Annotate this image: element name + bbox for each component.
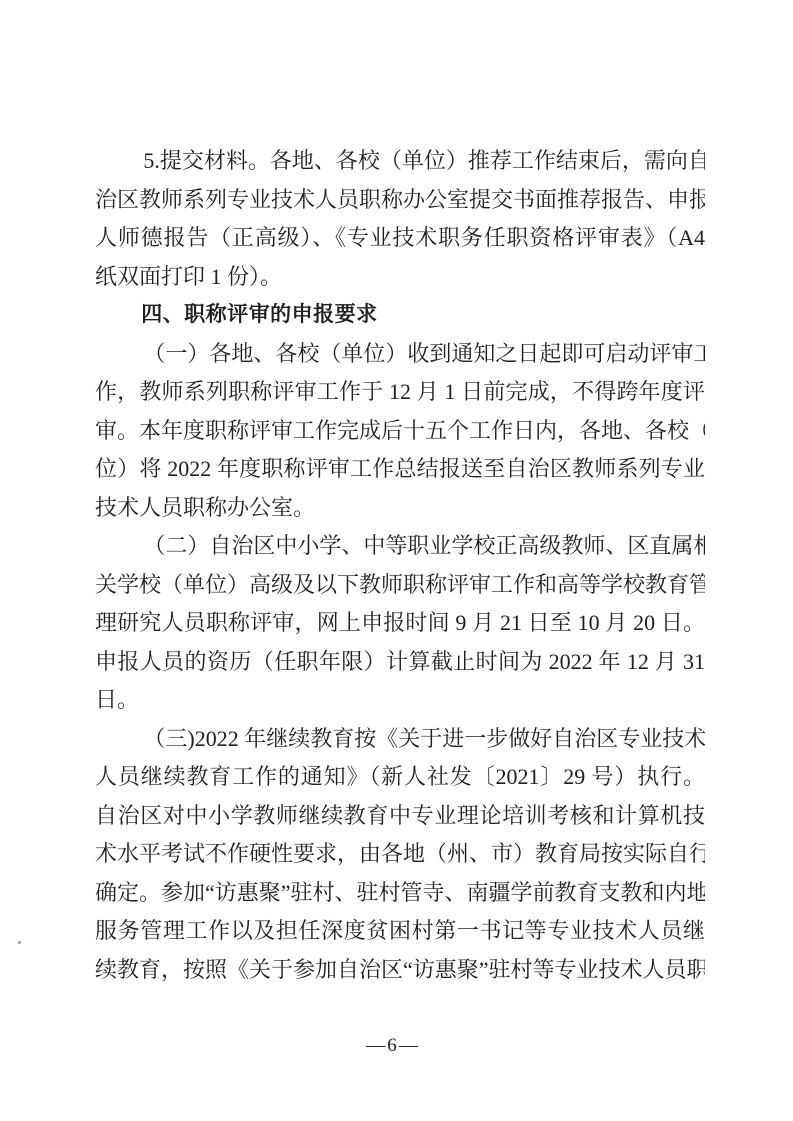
paragraph-line: 治区教师系列专业技术人员职称办公室提交书面推荐报告、申报 (95, 181, 705, 220)
paragraph-line: （一）各地、各校（单位）收到通知之日起即可启动评审工 (95, 335, 705, 374)
paragraph-line: 术水平考试不作硬性要求，由各地（州、市）教育局按实际自行 (95, 835, 705, 874)
document-page: 5.提交材料。各地、各校（单位）推荐工作结束后，需向自 治区教师系列专业技术人员… (0, 0, 793, 1121)
paragraph-line: 位）将 2022 年度职称评审工作总结报送至自治区教师系列专业 (95, 450, 705, 489)
paragraph-line: 技术人员职称办公室。 (95, 489, 705, 528)
paragraph-line: 自治区对中小学教师继续教育中专业理论培训考核和计算机技 (95, 797, 705, 836)
paragraph-line: 续教育，按照《关于参加自治区“访惠聚”驻村等专业技术人员职 (95, 951, 705, 990)
paragraph-line: 人师德报告（正高级）、《专业技术职务任职资格评审表》（A4 (95, 219, 705, 258)
paragraph-line: 作，教师系列职称评审工作于 12 月 1 日前完成，不得跨年度评 (95, 373, 705, 412)
section-heading: 四、职称评审的申报要求 (95, 296, 705, 335)
paragraph-line: 纸双面打印 1 份）。 (95, 258, 705, 297)
paragraph-line: 服务管理工作以及担任深度贫困村第一书记等专业技术人员继 (95, 912, 705, 951)
paragraph-line: 日。 (95, 681, 705, 720)
paragraph-line: 申报人员的资历（任职年限）计算截止时间为 2022 年 12 月 31 (95, 643, 705, 682)
document-content: 5.提交材料。各地、各校（单位）推荐工作结束后，需向自 治区教师系列专业技术人员… (95, 142, 705, 989)
page-number: —6— (0, 1035, 786, 1057)
paragraph-line: 理研究人员职称评审，网上申报时间 9 月 21 日至 10 月 20 日。 (95, 604, 705, 643)
paragraph-line: 审。本年度职称评审工作完成后十五个工作日内，各地、各校（单 (95, 412, 705, 451)
paragraph-line: 5.提交材料。各地、各校（单位）推荐工作结束后，需向自 (95, 142, 705, 181)
paragraph-line: 关学校（单位）高级及以下教师职称评审工作和高等学校教育管 (95, 566, 705, 605)
paragraph-line: （三)2022 年继续教育按《关于进一步做好自治区专业技术 (95, 720, 705, 759)
paragraph-line: 人员继续教育工作的通知》（新人社发〔2021〕29 号）执行。 (95, 758, 705, 797)
paragraph-line: （二）自治区中小学、中等职业学校正高级教师、区直属相 (95, 527, 705, 566)
scan-speck (18, 941, 21, 944)
paragraph-line: 确定。参加“访惠聚”驻村、驻村管寺、南疆学前教育支教和内地 (95, 874, 705, 913)
